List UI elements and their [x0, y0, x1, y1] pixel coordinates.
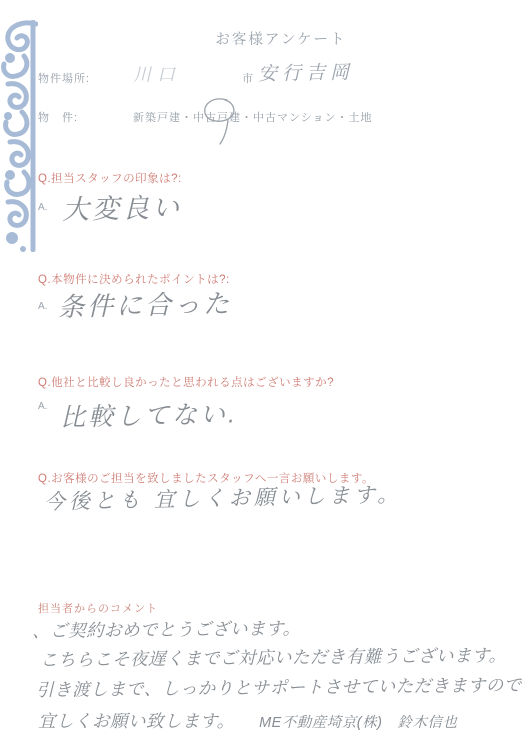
handwritten-answer-2: 条件に合った	[58, 283, 233, 324]
staff-comment-line-3: 引き渡しまで、しっかりとサポートさせていただきますので	[36, 672, 522, 702]
property-type-label: 物 件:	[38, 109, 78, 125]
floral-scroll-ornament-icon	[0, 20, 38, 252]
answer-3-prefix: A.	[38, 401, 47, 412]
staff-signature: ME不動産埼京(株) 鈴木信也	[259, 715, 457, 731]
question-3-label: Q.他社と比較し良かったと思われる点はございますか?	[38, 374, 334, 390]
handwritten-city: 川口	[133, 60, 181, 87]
page-title: お客様アンケート	[0, 28, 528, 49]
property-type-options: 新築戸建・中古戸建・中古マンション・土地	[133, 109, 373, 125]
staff-comment-label: 担当者からのコメント	[38, 600, 158, 616]
city-suffix-label: 市	[242, 70, 254, 86]
staff-comment-line-1: 、ご契約おめでとうございます。	[32, 615, 301, 643]
handwritten-answer-1: 大変良い	[62, 185, 183, 227]
customer-survey-page: お客様アンケート 物件場所: 川口 市 安行吉岡 物 件: 新築戸建・中古戸建・…	[0, 0, 528, 752]
answer-2-prefix: A.	[38, 301, 47, 312]
handwritten-answer-4: 今後とも 宜しくお願いします。	[44, 479, 403, 516]
staff-comment-line-2: こちらこそ夜遅くまでご対応いただき有難うございます。	[40, 642, 507, 672]
staff-comment-closing: 宜しくお願い致します。	[38, 711, 235, 731]
property-location-label: 物件場所:	[38, 70, 90, 86]
handwritten-answer-3: 比較してない.	[60, 394, 239, 434]
answer-1-prefix: A.	[38, 202, 47, 213]
question-1-label: Q.担当スタッフの印象は?:	[38, 170, 182, 186]
handwritten-area: 安行吉岡	[258, 57, 354, 86]
staff-comment-line-4: 宜しくお願い致します。 ME不動産埼京(株) 鈴木信也	[38, 708, 457, 733]
